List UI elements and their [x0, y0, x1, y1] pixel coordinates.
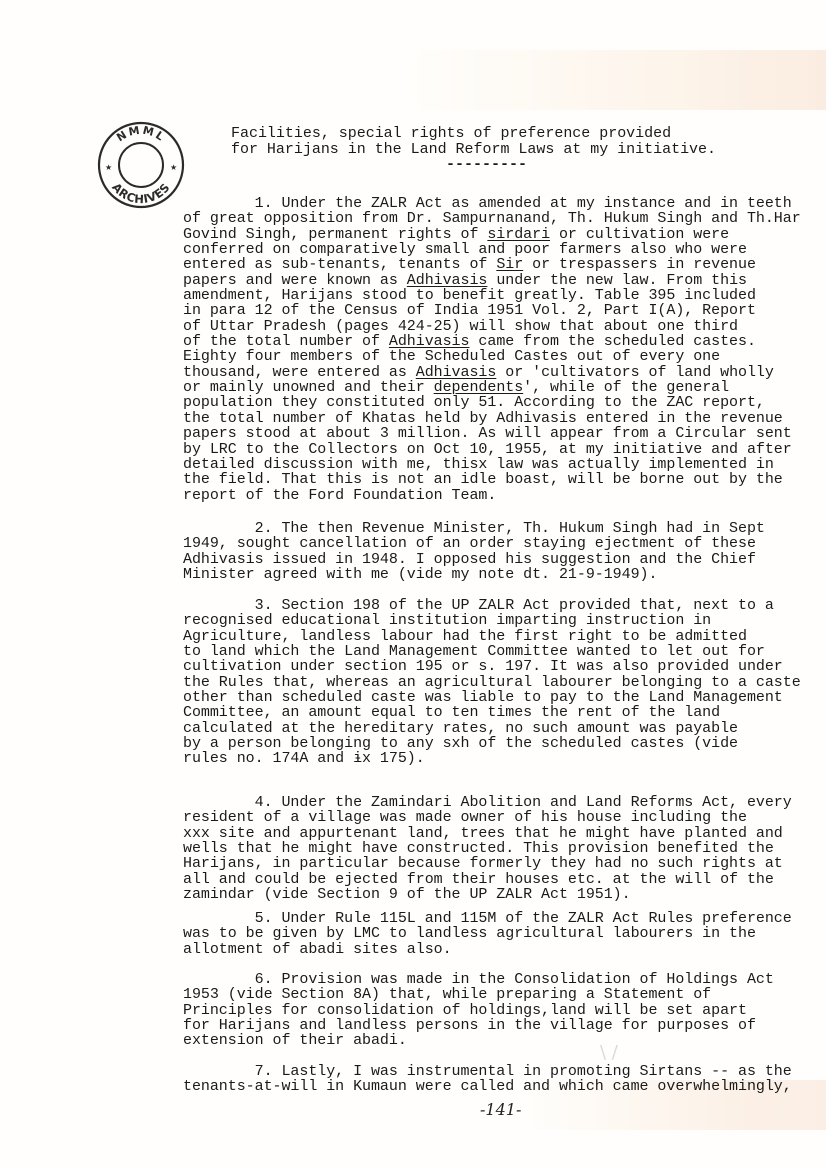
text-line: allotment of abadi sites also. — [183, 941, 452, 958]
stamp-bottom-text: ARCHIVES — [109, 180, 173, 206]
document-page: NMML ARCHIVES ★ ★ Facilities, special ri… — [0, 0, 826, 1169]
svg-text:ARCHIVES: ARCHIVES — [109, 180, 173, 206]
title-line-1: Facilities, special rights of preference… — [231, 125, 671, 142]
paragraph-5: 5. Under Rule 115L and 115M of the ZALR … — [183, 911, 792, 957]
nmml-archives-stamp-icon: NMML ARCHIVES ★ ★ — [96, 120, 186, 210]
paragraph-2: 2. The then Revenue Minister, Th. Hukum … — [183, 521, 765, 582]
faint-pencil-mark: \ / — [600, 1042, 618, 1063]
text-line: zamindar (vide Section 9 of the UP ZALR … — [183, 886, 631, 903]
title-line-2: for Harijans in the Land Reform Laws at … — [231, 141, 716, 158]
paragraph-6: 6. Provision was made in the Consolidati… — [183, 972, 774, 1049]
paragraph-7: 7. Lastly, I was instrumental in promoti… — [183, 1064, 792, 1095]
text-line: report of the Ford Foundation Team. — [183, 487, 496, 504]
text-line: rules no. 174A and ɨx 175). — [183, 750, 425, 767]
paragraph-3: 3. Section 198 of the UP ZALR Act provid… — [183, 598, 801, 767]
text-line: Minister agreed with me (vide my note dt… — [183, 566, 657, 583]
text-line: extension of their abadi. — [183, 1032, 407, 1049]
paragraph-1: 1. Under the ZALR Act as amended at my i… — [183, 196, 801, 503]
svg-text:★: ★ — [170, 163, 177, 172]
paragraph-4: 4. Under the Zamindari Abolition and Lan… — [183, 795, 792, 902]
svg-text:★: ★ — [105, 163, 112, 172]
handwritten-page-number: -141- — [480, 1100, 521, 1119]
text-line: tenants-at-will in Kumaun were called an… — [183, 1078, 792, 1095]
document-title: Facilities, special rights of preference… — [231, 126, 716, 157]
title-underline-rule: --------- — [446, 160, 527, 170]
paper-stain — [400, 50, 826, 110]
